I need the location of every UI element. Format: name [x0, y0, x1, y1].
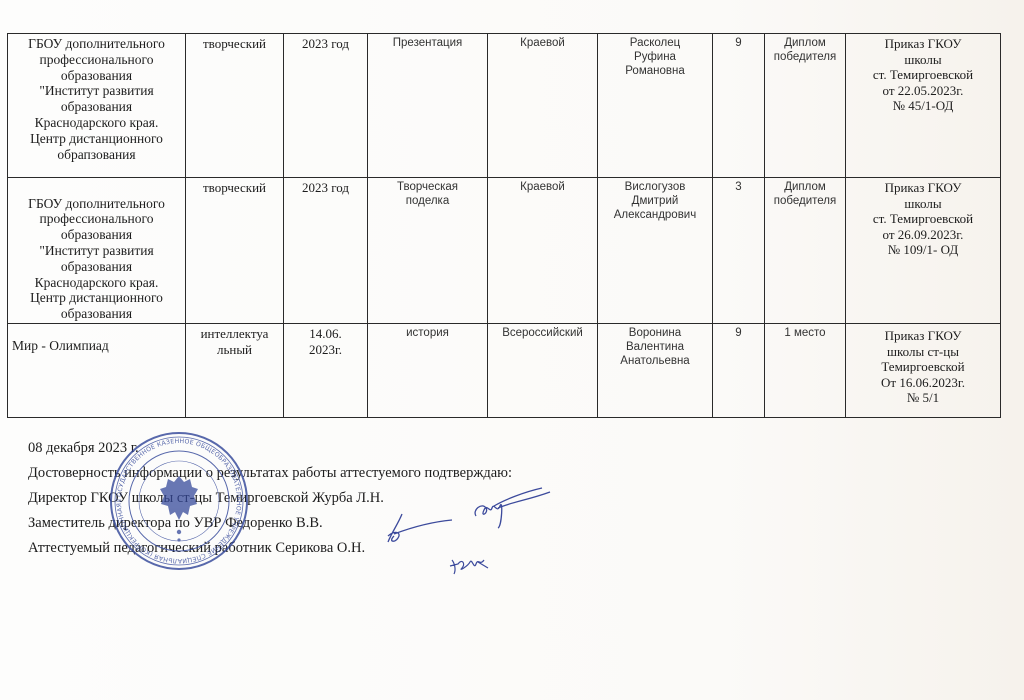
cell-nomination: Творческая поделка — [368, 178, 488, 324]
cell-organizer: Мир - Олимпиад — [8, 324, 186, 418]
table-row: ГБОУ дополнительного профессионального о… — [8, 34, 1001, 178]
cell-direction: интеллектуа льный — [186, 324, 284, 418]
cell-result: 1 место — [765, 324, 846, 418]
confirmation-text: Достоверность информации о результатах р… — [28, 465, 512, 482]
table-row: ГБОУ дополнительного профессионального о… — [8, 178, 1001, 324]
cell-direction: творческий — [186, 178, 284, 324]
cell-date: 2023 год — [284, 178, 368, 324]
cell-grade: 3 — [713, 178, 765, 324]
cell-student: Воронина Валентина Анатольевна — [598, 324, 713, 418]
cell-level: Краевой — [488, 34, 598, 178]
cell-order: Приказ ГКОУ школы ст. Темиргоевской от 2… — [846, 178, 1001, 324]
cell-grade: 9 — [713, 324, 765, 418]
director-signature-line: Директор ГКОУ школы ст-цы Темиргоевской … — [28, 490, 384, 507]
table-row: Мир - Олимпиад интеллектуа льный 14.06. … — [8, 324, 1001, 418]
cell-nomination: история — [368, 324, 488, 418]
cell-date: 14.06. 2023г. — [284, 324, 368, 418]
cell-order: Приказ ГКОУ школы ст-цы Темиргоевской От… — [846, 324, 1001, 418]
cell-grade: 9 — [713, 34, 765, 178]
cell-organizer: ГБОУ дополнительного профессионального о… — [8, 178, 186, 324]
deputy-signature-line: Заместитель директора по УВР Федоренко В… — [28, 515, 323, 532]
awards-table: ГБОУ дополнительного профессионального о… — [7, 33, 1001, 418]
cell-student: Вислогузов Дмитрий Александрович — [598, 178, 713, 324]
cell-level: Всероссийский — [488, 324, 598, 418]
cell-organizer: ГБОУ дополнительного профессионального о… — [8, 34, 186, 178]
document-date: 08 декабря 2023 г. — [28, 440, 139, 457]
cell-nomination: Презентация — [368, 34, 488, 178]
cell-result: Диплом победителя — [765, 34, 846, 178]
teacher-signature-line: Аттестуемый педагогический работник Сери… — [28, 540, 365, 557]
cell-order: Приказ ГКОУ школы ст. Темиргоевской от 2… — [846, 34, 1001, 178]
cell-date: 2023 год — [284, 34, 368, 178]
cell-student: Расколец Руфина Романовна — [598, 34, 713, 178]
cell-result: Диплом победителя — [765, 178, 846, 324]
cell-direction: творческий — [186, 34, 284, 178]
cell-level: Краевой — [488, 178, 598, 324]
